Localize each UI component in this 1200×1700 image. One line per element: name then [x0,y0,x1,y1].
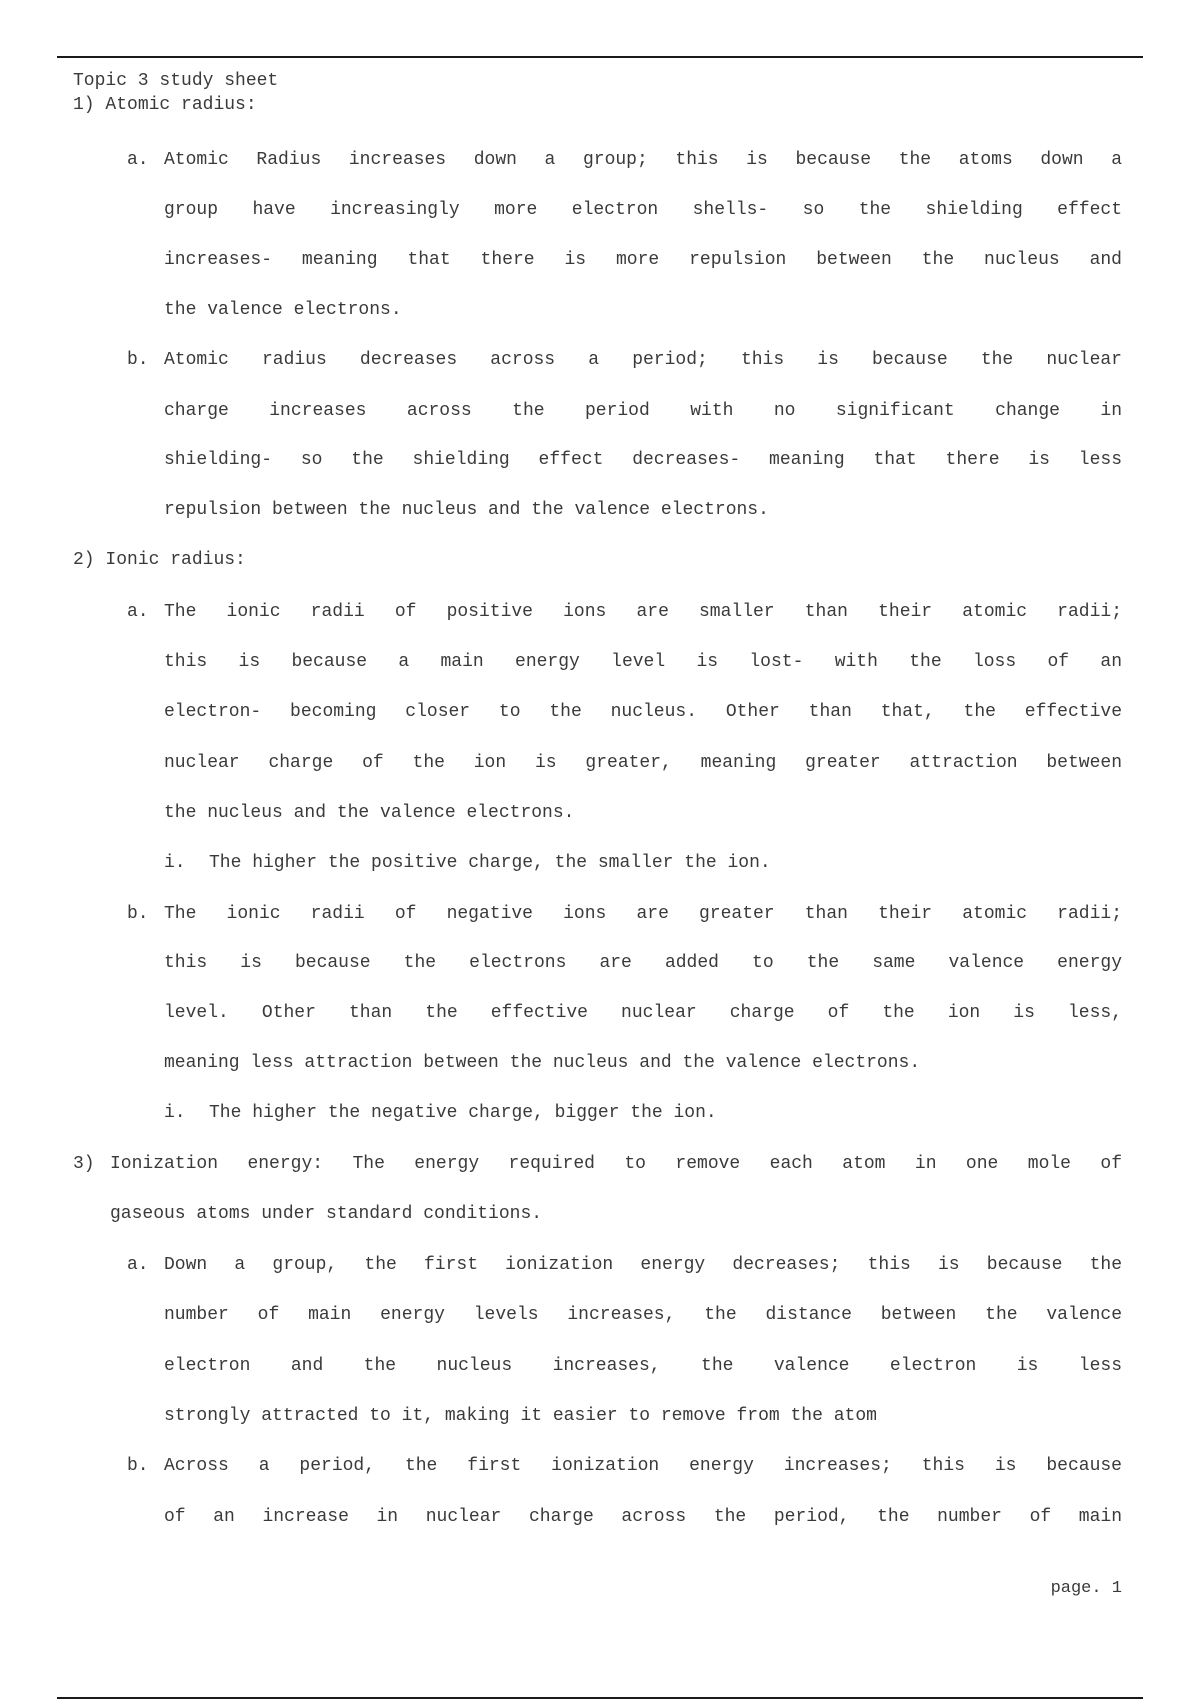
section-3-heading-cont: gaseous atoms under standard conditions. [110,1203,542,1225]
section-2-heading: 2) Ionic radius: [73,549,246,571]
text-line: charge increases across the period with … [164,400,1122,422]
list-marker: a. [127,1254,149,1276]
text-line: The higher the negative charge, bigger t… [209,1102,717,1124]
sublist-marker: i. [164,852,186,874]
list-marker: a. [127,149,149,171]
text-line: repulsion between the nucleus and the va… [164,499,769,521]
text-line: shielding- so the shielding effect decre… [164,449,1122,471]
bottom-rule [57,1697,1143,1699]
text-line: this is because the electrons are added … [164,952,1122,974]
text-line: electron and the nucleus increases, the … [164,1355,1122,1377]
top-rule [57,56,1143,58]
document-title: Topic 3 study sheet [73,69,278,93]
section-marker: 2) [73,550,95,570]
text-line: increases- meaning that there is more re… [164,249,1122,271]
text-line: this is because a main energy level is l… [164,651,1122,673]
list-marker: b. [127,903,149,925]
text-line: electron- becoming closer to the nucleus… [164,701,1122,723]
text-line: The higher the positive charge, the smal… [209,852,771,874]
list-marker: b. [127,1455,149,1477]
text-line: The ionic radii of negative ions are gre… [164,903,1122,925]
text-line: level. Other than the effective nuclear … [164,1002,1122,1024]
text-line: the valence electrons. [164,299,402,321]
list-marker: a. [127,601,149,623]
text-line: nuclear charge of the ion is greater, me… [164,752,1122,774]
text-line: group have increasingly more electron sh… [164,199,1122,221]
list-marker: b. [127,349,149,371]
section-heading-text: Atomic radius: [105,95,256,115]
page-number: page. 1 [1051,1578,1122,1600]
text-line: Across a period, the first ionization en… [164,1455,1122,1477]
text-line: Down a group, the first ionization energ… [164,1254,1122,1276]
section-marker: 3) [73,1153,95,1175]
text-line: Atomic radius decreases across a period;… [164,349,1122,371]
text-line: meaning less attraction between the nucl… [164,1052,920,1074]
text-line: The ionic radii of positive ions are sma… [164,601,1122,623]
text-line: Atomic Radius increases down a group; th… [164,149,1122,171]
text-line: number of main energy levels increases, … [164,1304,1122,1326]
sublist-marker: i. [164,1102,186,1124]
section-marker: 1) [73,95,95,115]
section-heading-text: Ionic radius: [105,550,245,570]
document-page: Topic 3 study sheet 1) Atomic radius: a.… [0,0,1200,1700]
text-line: of an increase in nuclear charge across … [164,1506,1122,1528]
text-line: the nucleus and the valence electrons. [164,802,574,824]
section-3-heading: Ionization energy: The energy required t… [110,1153,1122,1175]
text-line: strongly attracted to it, making it easi… [164,1405,877,1427]
section-1-heading: 1) Atomic radius: [73,93,257,117]
